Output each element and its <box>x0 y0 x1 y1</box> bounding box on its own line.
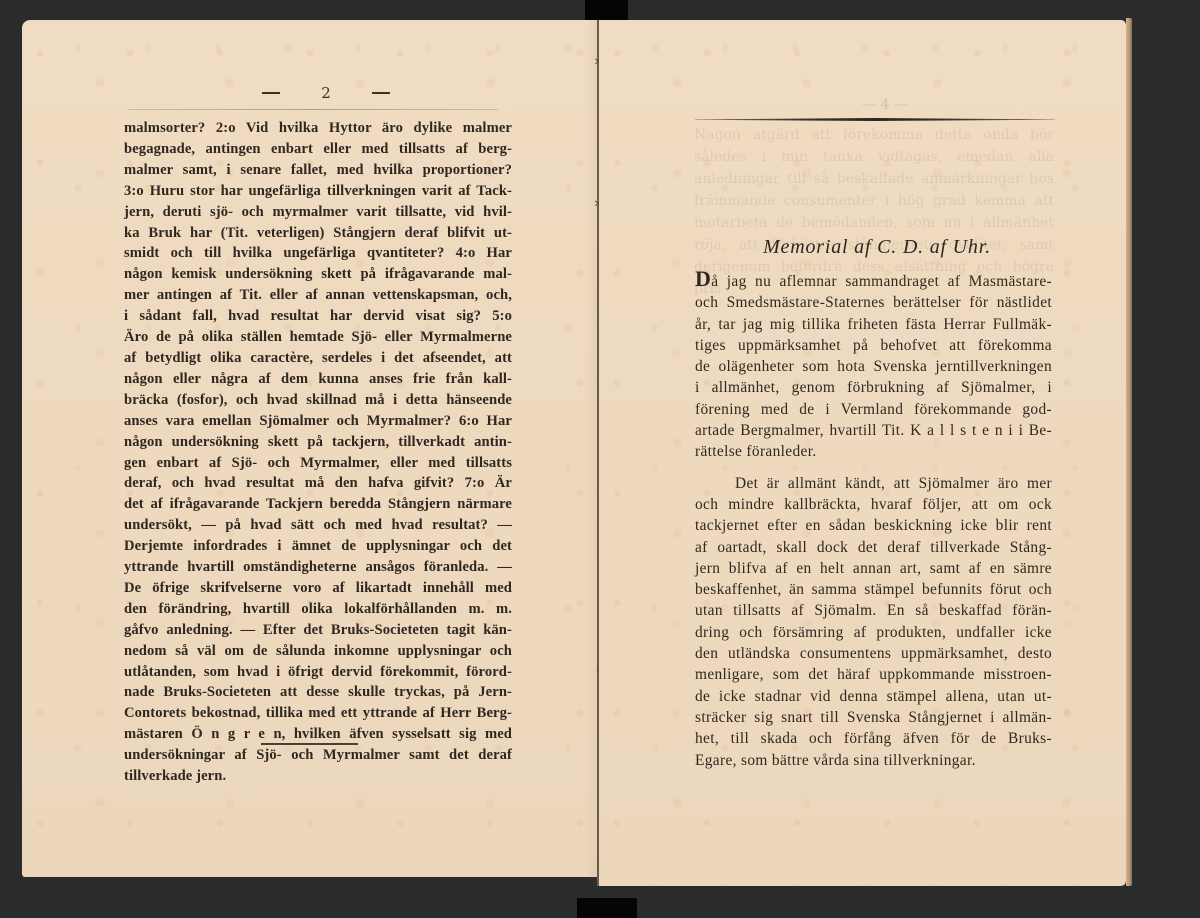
text-line: utan tillsatts af Sjömalm. En så beskaff… <box>695 600 1052 621</box>
text-line: malmer samt, i senare fallet, med hvilka… <box>124 160 512 181</box>
book-spread: 2 malmsorter? 2:o Vid hvilka Hyttor äro … <box>0 0 1200 918</box>
text-line: och mindre kallbräckta, hvaraf följer, a… <box>695 494 1052 515</box>
text-line: gen enbart af Sjö- och Myrmalmer, eller … <box>124 453 512 474</box>
text-line: tackjernet efter en sådan beskickning ic… <box>695 515 1052 536</box>
text-line: smidt och till hvilka ungefärliga qvanti… <box>124 243 512 264</box>
section-end-rule <box>261 743 358 745</box>
text-line: i sådant fall, hvad resultat har dervid … <box>124 306 512 327</box>
text-line: nade Bruks-Societeten att desse skulle t… <box>124 682 512 703</box>
spine-bottom-shadow <box>577 898 637 918</box>
text-line: Derjemte infordrades i ämnet de upplysni… <box>124 536 512 557</box>
text-line: begagnade, antingen enbart eller med til… <box>124 139 512 160</box>
text-line: tillverkade jern. <box>124 766 512 787</box>
spine-top-shadow <box>585 0 628 20</box>
left-header-rule <box>128 109 498 110</box>
text-line: ka Bruk har (Tit. veterligen) Stångjern … <box>124 223 512 244</box>
text-line: Äro de på olika ställen hemtade Sjö- ell… <box>124 327 512 348</box>
text-line: Då jag nu aflemnar sammandraget af Masmä… <box>695 271 1052 292</box>
paragraph-gap <box>695 463 1052 473</box>
text-line: någon kemisk undersökning skett på ifråg… <box>124 264 512 285</box>
text-line: det af ifrågavarande Tackjern beredda St… <box>124 494 512 515</box>
text-line: artade Bergmalmer, hvartill Tit. K a l l… <box>695 420 1052 441</box>
text-line: Egare, som bättre vårda sina tillverknin… <box>695 750 1052 771</box>
text-line: beskaffenhet, än samma stämpel befunnits… <box>695 579 1052 600</box>
text-line: i allmänhet, genom förbrukning af Sjömal… <box>695 377 1052 398</box>
text-line: gåfvo anledning. — Efter det Bruks-Socie… <box>124 620 512 641</box>
dash-ornament <box>262 92 280 94</box>
drop-cap: D <box>695 266 711 291</box>
text-line: menligare, som det häraf uppkommande mis… <box>695 664 1052 685</box>
dash-ornament <box>372 92 390 94</box>
text-line: undersökningar af Sjö- och Myrmalmer sam… <box>124 745 512 766</box>
text-line: utlåtanden, som hvad i öfrigt dervid för… <box>124 662 512 683</box>
text-line: het, till skada och förfång äfven för de… <box>695 728 1052 749</box>
text-line: mer antingen af Tit. eller af annan vett… <box>124 285 512 306</box>
text-line: tiges uppmärksamhet på behofvet att före… <box>695 335 1052 356</box>
text-line: jern blifva af en helt annan art, samt a… <box>695 558 1052 579</box>
text-line: jern, deruti sjö- och myrmalmer varit ti… <box>124 202 512 223</box>
text-line: sträcker sig snart till Svenska Stångjer… <box>695 707 1052 728</box>
text-line: rättelse föranleder. <box>695 441 1052 462</box>
text-line: af betydligt olika caractère, serdeles i… <box>124 348 512 369</box>
left-page-number: 2 <box>321 84 331 102</box>
text-fragment: å jag nu aflemnar sammandraget af Masmäs… <box>711 273 1052 290</box>
text-line: anses vara emellan Sjömalmer och Myrmalm… <box>124 411 512 432</box>
page-stack-edge <box>1126 18 1132 886</box>
text-line: dring och försämring af produkten, undfa… <box>695 622 1052 643</box>
right-page-text: Då jag nu aflemnar sammandraget af Masmä… <box>695 271 1052 771</box>
memorial-title: Memorial af C. D. af Uhr. <box>696 236 1058 259</box>
left-page-number-header: 2 <box>262 84 390 102</box>
text-line: och Smedsmästare-Staternes berättelser f… <box>695 292 1052 313</box>
text-line: yttrande hvartill omständigheterne ansåg… <box>124 557 512 578</box>
text-line: De öfrige skrifvelserne voro af likartad… <box>124 578 512 599</box>
text-line: år, tar jag mig tillika friheten fästa H… <box>695 314 1052 335</box>
text-line: bräcka (fosfor), och hvad skillnad må i … <box>124 390 512 411</box>
text-line: de icke stadnar vid denna stämpel allena… <box>695 686 1052 707</box>
text-line: förening med de i Vermland förekommande … <box>695 399 1052 420</box>
text-line: undersökt, — på hvad sätt och med hvad r… <box>124 515 512 536</box>
text-line: Contorets bekostnad, tillika med ett ytt… <box>124 703 512 724</box>
right-page-number-faint: — 4 — <box>820 97 950 113</box>
left-page-text: malmsorter? 2:o Vid hvilka Hyttor äro dy… <box>124 118 512 787</box>
text-line: de olägenheter som hota Svenska jerntill… <box>695 356 1052 377</box>
text-line: den utländska consumentens uppmärksamhet… <box>695 643 1052 664</box>
text-line: någon undersökning skett på tackjern, ti… <box>124 432 512 453</box>
text-line: 3:o Huru stor har ungefärliga tillverkni… <box>124 181 512 202</box>
text-line: någon eller några af dem kunna anses fri… <box>124 369 512 390</box>
text-line: deraf, och hvad resultat må den hafva gi… <box>124 473 512 494</box>
text-line: malmsorter? 2:o Vid hvilka Hyttor äro dy… <box>124 118 512 139</box>
text-line: nedom så väl om de sålunda inkomne upply… <box>124 641 512 662</box>
text-line: af oartadt, skall dock det deraf tillver… <box>695 537 1052 558</box>
text-line: Det är allmänt kändt, att Sjömalmer äro … <box>695 473 1052 494</box>
text-line: den förändring, hvartill olika lokalförh… <box>124 599 512 620</box>
